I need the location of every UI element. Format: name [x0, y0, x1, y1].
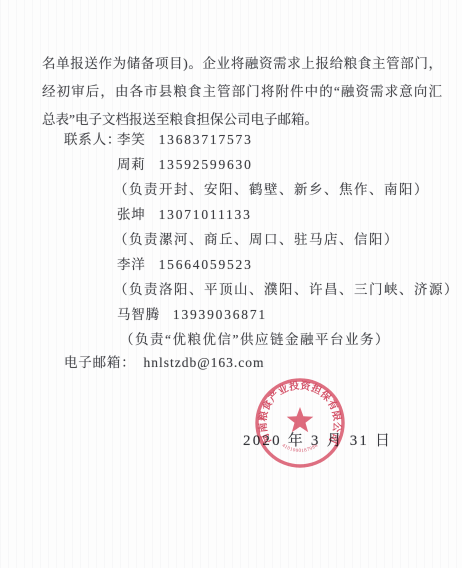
contact-row: 张坤13071011133 [117, 205, 252, 225]
scanned-document-page: 名单报送作为储备项目)。企业将融资需求上报给粮食主管部门， 经初审后，由各市县粮… [0, 0, 462, 568]
svg-text:4101000187986: 4101000187986 [281, 443, 320, 454]
contact-name: 马智腾 [117, 307, 160, 322]
contact-row: 李洋15664059523 [117, 255, 253, 275]
contact-phone: 13071011133 [159, 207, 252, 222]
paragraph-line-2: 经初审后，由各市县粮食主管部门将附件中的“融资需求意向汇 [42, 78, 442, 106]
seal-star-icon [287, 407, 314, 432]
contact-phone: 15664059523 [159, 257, 253, 272]
contact-note: （负责开封、安阳、鹤壁、新乡、焦作、南阳） [114, 180, 429, 200]
contact-note: （负责洛阳、平顶山、濮阳、许昌、三门峡、济源） [114, 280, 459, 300]
contact-name: 张坤 [117, 207, 146, 222]
contact-note: （负责漯河、商丘、周口、驻马店、信阳） [114, 230, 399, 250]
body-paragraph: 名单报送作为储备项目)。企业将融资需求上报给粮食主管部门， 经初审后，由各市县粮… [42, 50, 442, 134]
email-address: hnlstzdb@163.com [144, 355, 265, 370]
email-label: 电子邮箱： [64, 355, 136, 370]
contact-row: 李笑13683717573 [117, 130, 253, 150]
seal-code: 4101000187986 [281, 443, 320, 454]
contact-name: 李笑 [117, 132, 146, 147]
contact-row: 马智腾13939036871 [117, 305, 267, 325]
paragraph-line-1: 名单报送作为储备项目)。企业将融资需求上报给粮食主管部门， [42, 50, 442, 78]
company-seal: 河南粮食产业投资担保有限公司 4101000187986 [252, 376, 348, 470]
contact-row: 周莉13592599630 [117, 155, 253, 175]
contact-phone: 13939036871 [173, 307, 267, 322]
contacts-label: 联系人： [64, 130, 121, 150]
contact-name: 李洋 [117, 257, 146, 272]
contact-phone: 13683717573 [159, 132, 253, 147]
contact-name: 周莉 [117, 157, 146, 172]
email-line: 电子邮箱：hnlstzdb@163.com [64, 353, 265, 373]
contact-note: （负责“优粮优信”供应链金融平台业务） [120, 330, 390, 350]
contact-phone: 13592599630 [159, 157, 253, 172]
